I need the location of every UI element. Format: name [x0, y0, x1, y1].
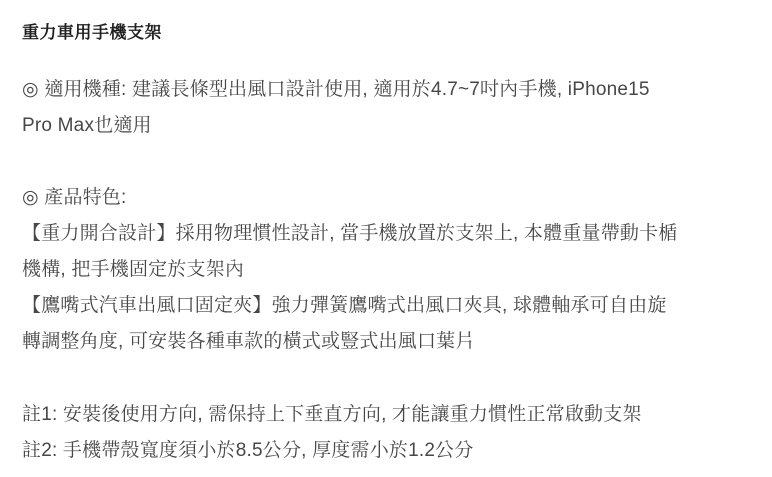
note-1: 註1: 安裝後使用方向, 需保持上下垂直方向, 才能讓重力慣性正常啟動支架 [22, 397, 752, 433]
compatibility-paragraph: ◎ 適用機種: 建議長條型出風口設計使用, 適用於4.7~7吋內手機, iPho… [22, 72, 752, 144]
features-paragraph: ◎ 產品特色: 【重力開合設計】採用物理慣性設計, 當手機放置於支架上, 本體重… [22, 180, 752, 360]
product-title: 重力車用手機支架 [22, 21, 752, 45]
feature-clip-line-1: 【鷹嘴式汽車出風口固定夾】強力彈簧鷹嘴式出風口夾具, 球體軸承可自由旋 [22, 288, 752, 324]
compatibility-line-1: ◎ 適用機種: 建議長條型出風口設計使用, 適用於4.7~7吋內手機, iPho… [22, 72, 752, 108]
feature-gravity-line-1: 【重力開合設計】採用物理慣性設計, 當手機放置於支架上, 本體重量帶動卡楯 [22, 216, 752, 252]
feature-clip-line-2: 轉調整角度, 可安裝各種車款的橫式或豎式出風口葉片 [22, 324, 752, 360]
note-2: 註2: 手機帶殼寬度須小於8.5公分, 厚度需小於1.2公分 [22, 433, 752, 469]
product-description-page: 重力車用手機支架 ◎ 適用機種: 建議長條型出風口設計使用, 適用於4.7~7吋… [0, 0, 772, 477]
compatibility-line-2: Pro Max也適用 [22, 108, 752, 144]
feature-gravity-line-2: 機構, 把手機固定於支架內 [22, 252, 752, 288]
features-heading: ◎ 產品特色: [22, 180, 752, 216]
notes-paragraph: 註1: 安裝後使用方向, 需保持上下垂直方向, 才能讓重力慣性正常啟動支架 註2… [22, 397, 752, 469]
